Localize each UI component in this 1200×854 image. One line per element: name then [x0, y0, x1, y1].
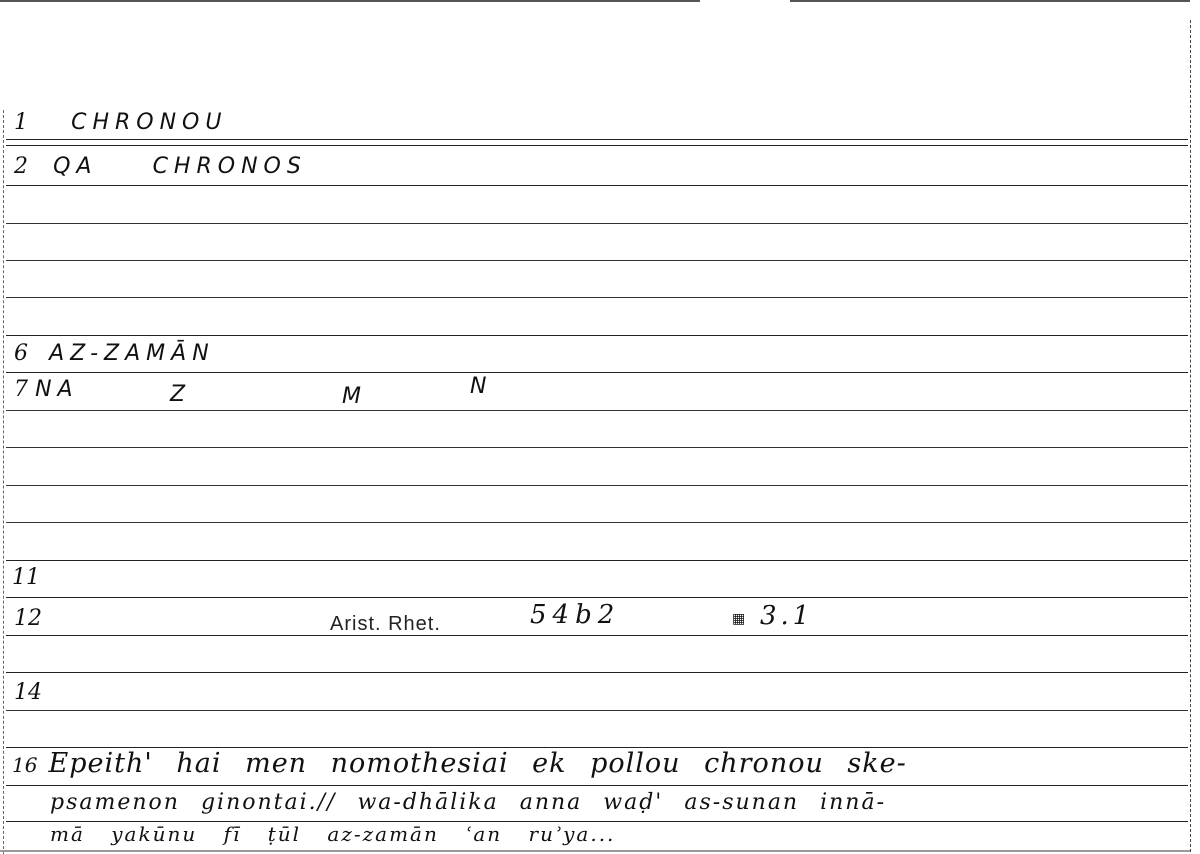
ruled-line: [6, 145, 1188, 146]
line-16: 16 Epeith' hai men nomothesiai ek pollou…: [12, 748, 907, 779]
headword-chronou: CHRONOU: [71, 110, 227, 135]
line-number: 2: [14, 154, 28, 179]
line-6: 6 AZ-ZAMĀN: [14, 341, 215, 366]
section-number: 3.1: [760, 601, 813, 631]
line-label-qa: QA: [53, 154, 97, 179]
top-edge-left: [0, 0, 700, 2]
root-letter-m: M: [342, 384, 367, 409]
line-12: 12: [14, 606, 42, 631]
quotation-line-2: psamenon ginontai.// wa-dhālika anna waḍ…: [50, 790, 886, 815]
page-reference: 54b2: [530, 600, 620, 630]
bottom-border: [0, 850, 1190, 852]
right-border: [1190, 20, 1192, 852]
section-mark: ▦: [732, 611, 745, 627]
ruled-line: [6, 447, 1188, 448]
ruled-line: [6, 410, 1188, 411]
line-label-na: NA: [35, 377, 79, 402]
ruled-line: [6, 335, 1188, 336]
line-number: 7: [14, 377, 28, 402]
top-edge-right: [790, 0, 1190, 2]
ruled-line: [6, 522, 1188, 523]
ruled-line: [6, 223, 1188, 224]
line-11: 11: [12, 565, 40, 590]
line-2: 2 QA CHRONOS: [14, 154, 307, 179]
ruled-line: [6, 785, 1188, 786]
left-border: [3, 110, 5, 854]
ruled-line: [6, 710, 1188, 711]
line-7: 7 NA: [14, 377, 79, 402]
ruled-line: [6, 260, 1188, 261]
quotation-line-1: Epeith' hai men nomothesiai ek pollou ch…: [49, 748, 907, 779]
line-1: 1 CHRONOU: [14, 110, 227, 135]
line-number: 1: [14, 110, 28, 135]
ruled-line: [6, 560, 1188, 561]
ruled-line: [6, 372, 1188, 373]
ruled-line: [6, 672, 1188, 673]
ruled-line: [6, 597, 1188, 598]
root-letter-z: Z: [170, 382, 191, 407]
line-number: 6: [14, 341, 28, 366]
line-14: 14: [14, 680, 42, 705]
line-number: 16: [12, 753, 37, 777]
headword-az-zaman: AZ-ZAMĀN: [49, 341, 215, 366]
source-citation: Arist. Rhet.: [330, 613, 441, 636]
ruled-line: [6, 635, 1188, 636]
quotation-line-3: mā yakūnu fī ṭūl az-zamān ʿan ruʾya...: [50, 822, 615, 846]
root-letter-n: N: [470, 374, 492, 399]
ruled-line: [6, 485, 1188, 486]
lemma-chronos: CHRONOS: [153, 154, 307, 179]
ruled-line: [6, 185, 1188, 186]
ruled-line: [6, 139, 1188, 140]
index-card: 1 CHRONOU 2 QA CHRONOS 6 AZ-ZAMĀN 7 NA Z…: [0, 0, 1200, 854]
ruled-line: [6, 297, 1188, 298]
